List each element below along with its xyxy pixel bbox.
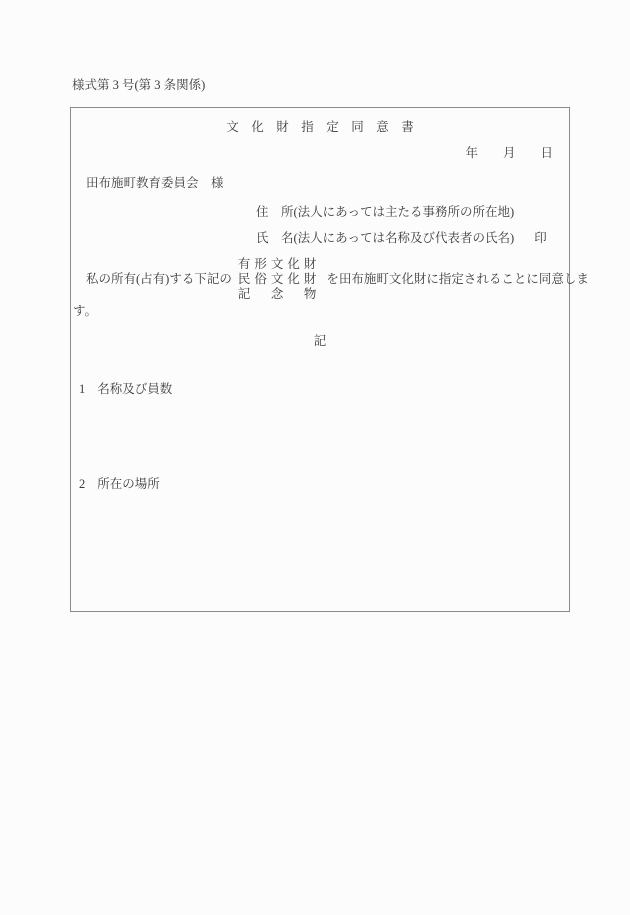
form-number: 様式第 3 号(第 3 条関係)	[72, 78, 205, 93]
document-title: 文 化 財 指 定 同 意 書	[71, 120, 569, 135]
item-1-number: 1	[79, 382, 85, 397]
item-1-label: 名称及び員数	[97, 382, 172, 397]
list-item-location: 2 所在の場所	[79, 477, 160, 492]
consent-lead-text: 私の所有(占有)する下記の	[73, 272, 232, 287]
addressee: 田布施町教育委員会 様	[86, 176, 224, 191]
option-tangible-cultural-property: 有形文化財	[238, 257, 321, 272]
document-border-box: 文 化 財 指 定 同 意 書 年 月 日 田布施町教育委員会 様 住 所(法人…	[70, 107, 570, 612]
seal-mark: 印	[534, 231, 547, 246]
consent-paragraph: 私の所有(占有)する下記の 有形文化財 民俗文化財 記 念 物 を田布施町文化財…	[73, 257, 570, 319]
consent-tail-text: を田布施町文化財に指定されることに同意しま	[326, 272, 589, 287]
consent-stack-row: 私の所有(占有)する下記の 有形文化財 民俗文化財 記 念 物 を田布施町文化財…	[73, 257, 570, 302]
address-field-label: 住 所(法人にあっては主たる事務所の所在地)	[256, 205, 514, 220]
item-2-number: 2	[79, 477, 85, 492]
property-type-options: 有形文化財 民俗文化財 記 念 物	[238, 257, 321, 302]
consent-continuation: す。	[73, 304, 570, 319]
option-folk-cultural-property: 民俗文化財	[238, 272, 321, 287]
name-field-row: 氏 名(法人にあっては名称及び代表者の氏名) 印	[256, 231, 547, 246]
name-field-label: 氏 名(法人にあっては名称及び代表者の氏名)	[256, 231, 514, 246]
document-page: 様式第 3 号(第 3 条関係) 文 化 財 指 定 同 意 書 年 月 日 田…	[0, 0, 630, 915]
item-2-label: 所在の場所	[97, 477, 160, 492]
option-monument: 記 念 物	[238, 287, 321, 302]
date-line: 年 月 日	[465, 146, 553, 161]
list-item-name-quantity: 1 名称及び員数	[79, 382, 172, 397]
section-heading-ki: 記	[71, 334, 569, 349]
